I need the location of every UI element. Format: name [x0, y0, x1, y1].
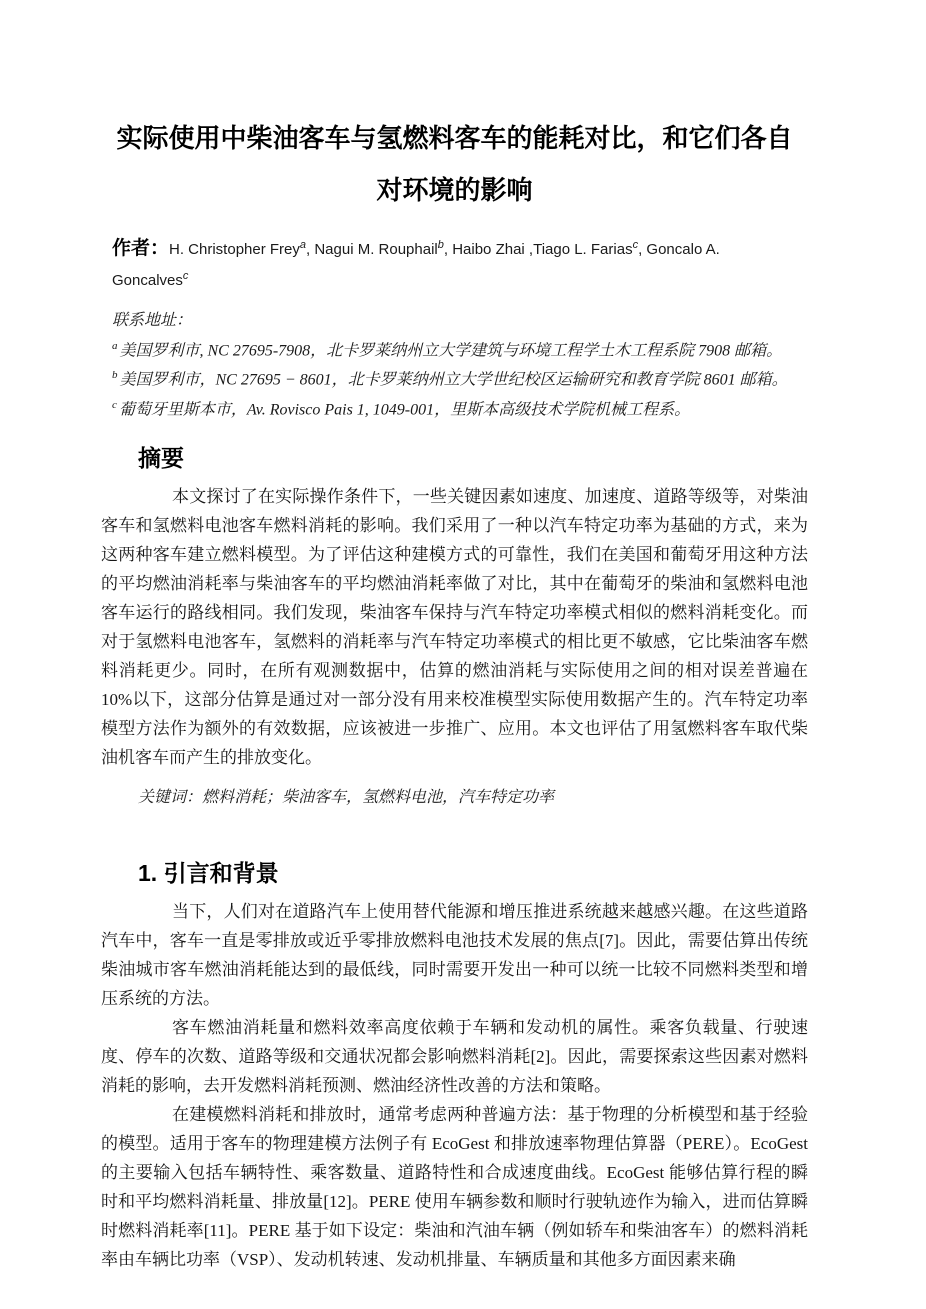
page-content: 实际使用中柴油客车与氢燃料客车的能耗对比，和它们各自 对环境的影响 作者：H. … — [0, 0, 926, 1274]
affiliation-a: a美国罗利市, NC 27695-7908，北卡罗莱纳州立大学建筑与环境工程学土… — [112, 334, 808, 364]
intro-paragraph-2: 客车燃油消耗量和燃料效率高度依赖于车辆和发动机的属性。乘客负载量、行驶速度、停车… — [101, 1013, 808, 1100]
abstract-paragraph: 本文探讨了在实际操作条件下，一些关键因素如速度、加速度、道路等级等，对柴油客车和… — [101, 482, 808, 772]
authors-label: 作者： — [112, 238, 169, 259]
affiliation-c: c葡萄牙里斯本市，Av. Rovisco Pais 1, 1049-001，里斯… — [112, 393, 808, 423]
paper-title: 实际使用中柴油客车与氢燃料客车的能耗对比，和它们各自 对环境的影响 — [101, 112, 808, 216]
keywords-line: 关键词：燃料消耗；柴油客车，氢燃料电池，汽车特定功率 — [138, 786, 808, 810]
affiliation-mark-c: c — [112, 399, 117, 411]
author-name: Goncalvesc — [112, 272, 188, 289]
paper-title-line1: 实际使用中柴油客车与氢燃料客车的能耗对比，和它们各自 — [101, 112, 808, 164]
affiliation-text: 葡萄牙里斯本市，Av. Rovisco Pais 1, 1049-001，里斯本… — [119, 401, 690, 418]
document-page: 实际使用中柴油客车与氢燃料客车的能耗对比，和它们各自 对环境的影响 作者：H. … — [0, 0, 926, 1309]
affiliation-mark-a: a — [112, 340, 118, 352]
author-name: , Haibo Zhai ,Tiago L. Fariasc — [444, 241, 638, 258]
author-affiliation-mark: c — [183, 270, 189, 282]
section-1-body: 当下，人们对在道路汽车上使用替代能源和增压推进系统越来越感兴趣。在这些道路汽车中… — [101, 897, 808, 1274]
paper-title-line2: 对环境的影响 — [101, 164, 808, 216]
intro-paragraph-3: 在建模燃料消耗和排放时，通常考虑两种普遍方法：基于物理的分析模型和基于经验的模型… — [101, 1100, 808, 1274]
intro-paragraph-1: 当下，人们对在道路汽车上使用替代能源和增压推进系统越来越感兴趣。在这些道路汽车中… — [101, 897, 808, 1013]
section-1-heading: 1. 引言和背景 — [138, 858, 808, 888]
affiliation-b: b美国罗利市，NC 27695 − 8601，北卡罗莱纳州立大学世纪校区运输研究… — [112, 363, 808, 393]
author-name: , Nagui M. Rouphailb — [306, 241, 444, 258]
contact-block: 联系地址： a美国罗利市, NC 27695-7908，北卡罗莱纳州立大学建筑与… — [112, 309, 808, 423]
affiliation-text: 美国罗利市，NC 27695 − 8601，北卡罗莱纳州立大学世纪校区运输研究和… — [120, 372, 788, 389]
abstract-heading: 摘要 — [138, 443, 808, 473]
contact-label: 联系地址： — [112, 309, 808, 334]
author-name: H. Christopher Freya — [169, 241, 306, 258]
affiliation-mark-b: b — [112, 369, 118, 381]
author-name: , Goncalo A. — [638, 241, 720, 258]
authors-line: 作者：H. Christopher Freya, Nagui M. Roupha… — [112, 232, 808, 294]
affiliation-text: 美国罗利市, NC 27695-7908，北卡罗莱纳州立大学建筑与环境工程学土木… — [120, 342, 783, 359]
